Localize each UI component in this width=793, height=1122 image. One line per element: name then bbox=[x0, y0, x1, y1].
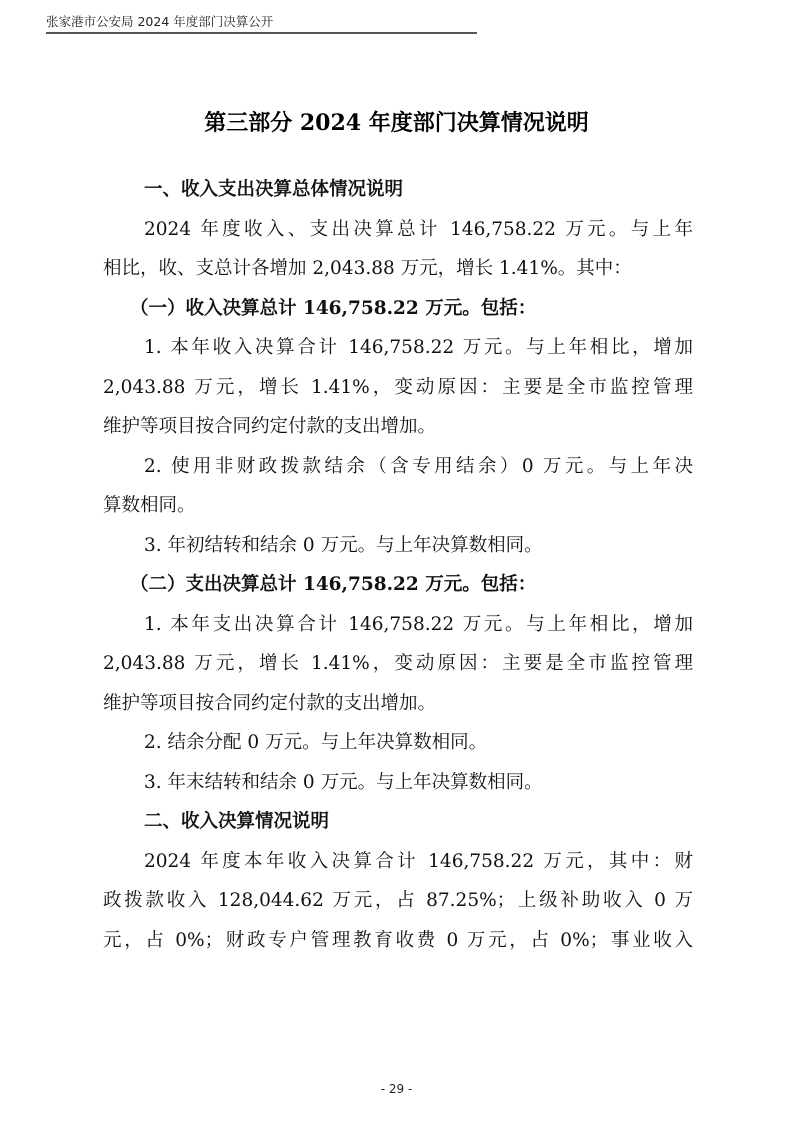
section-heading-1: 一、收入支出决算总体情况说明 bbox=[103, 170, 693, 210]
paragraph-line: 算数相同。 bbox=[103, 486, 693, 526]
paragraph-line: 1. 本年支出决算合计 146,758.22 万元。与上年相比，增加 bbox=[103, 605, 693, 645]
paragraph-line: 3. 年初结转和结余 0 万元。与上年决算数相同。 bbox=[103, 526, 693, 566]
subsection-heading-expenditure: （二）支出决算总计 146,758.22 万元。包括： bbox=[103, 565, 693, 605]
paragraph-line: 维护等项目按合同约定付款的支出增加。 bbox=[103, 684, 693, 724]
header-divider bbox=[46, 32, 477, 34]
paragraph-line: 2,043.88 万元，增长 1.41%，变动原因：主要是全市监控管理 bbox=[103, 368, 693, 408]
paragraph-line: 政拨款收入 128,044.62 万元，占 87.25%；上级补助收入 0 万 bbox=[103, 881, 693, 921]
paragraph-line: 2024 年度收入、支出决算总计 146,758.22 万元。与上年 bbox=[103, 210, 693, 250]
paragraph-line: 3. 年末结转和结余 0 万元。与上年决算数相同。 bbox=[103, 763, 693, 803]
paragraph-line: 相比，收、支总计各增加 2,043.88 万元，增长 1.41%。其中： bbox=[103, 249, 693, 289]
running-header-title: 张家港市公安局 2024 年度部门决算公开 bbox=[46, 12, 477, 30]
paragraph-line: 2. 结余分配 0 万元。与上年决算数相同。 bbox=[103, 723, 693, 763]
paragraph-line: 2024 年度本年收入决算合计 146,758.22 万元，其中：财 bbox=[103, 842, 693, 882]
paragraph-line: 1. 本年收入决算合计 146,758.22 万元。与上年相比，增加 bbox=[103, 328, 693, 368]
page-number: - 29 - bbox=[0, 1082, 793, 1096]
subsection-heading-income: （一）收入决算总计 146,758.22 万元。包括： bbox=[103, 289, 693, 329]
section-heading-2: 二、收入决算情况说明 bbox=[103, 802, 693, 842]
paragraph-line: 2,043.88 万元，增长 1.41%，变动原因：主要是全市监控管理 bbox=[103, 644, 693, 684]
document-body: 一、收入支出决算总体情况说明 2024 年度收入、支出决算总计 146,758.… bbox=[103, 170, 693, 960]
paragraph-line: 2. 使用非财政拨款结余（含专用结余）0 万元。与上年决 bbox=[103, 447, 693, 487]
paragraph-line: 维护等项目按合同约定付款的支出增加。 bbox=[103, 407, 693, 447]
paragraph-line: 元，占 0%；财政专户管理教育收费 0 万元，占 0%；事业收入 bbox=[103, 921, 693, 961]
page-title: 第三部分 2024 年度部门决算情况说明 bbox=[0, 106, 793, 137]
